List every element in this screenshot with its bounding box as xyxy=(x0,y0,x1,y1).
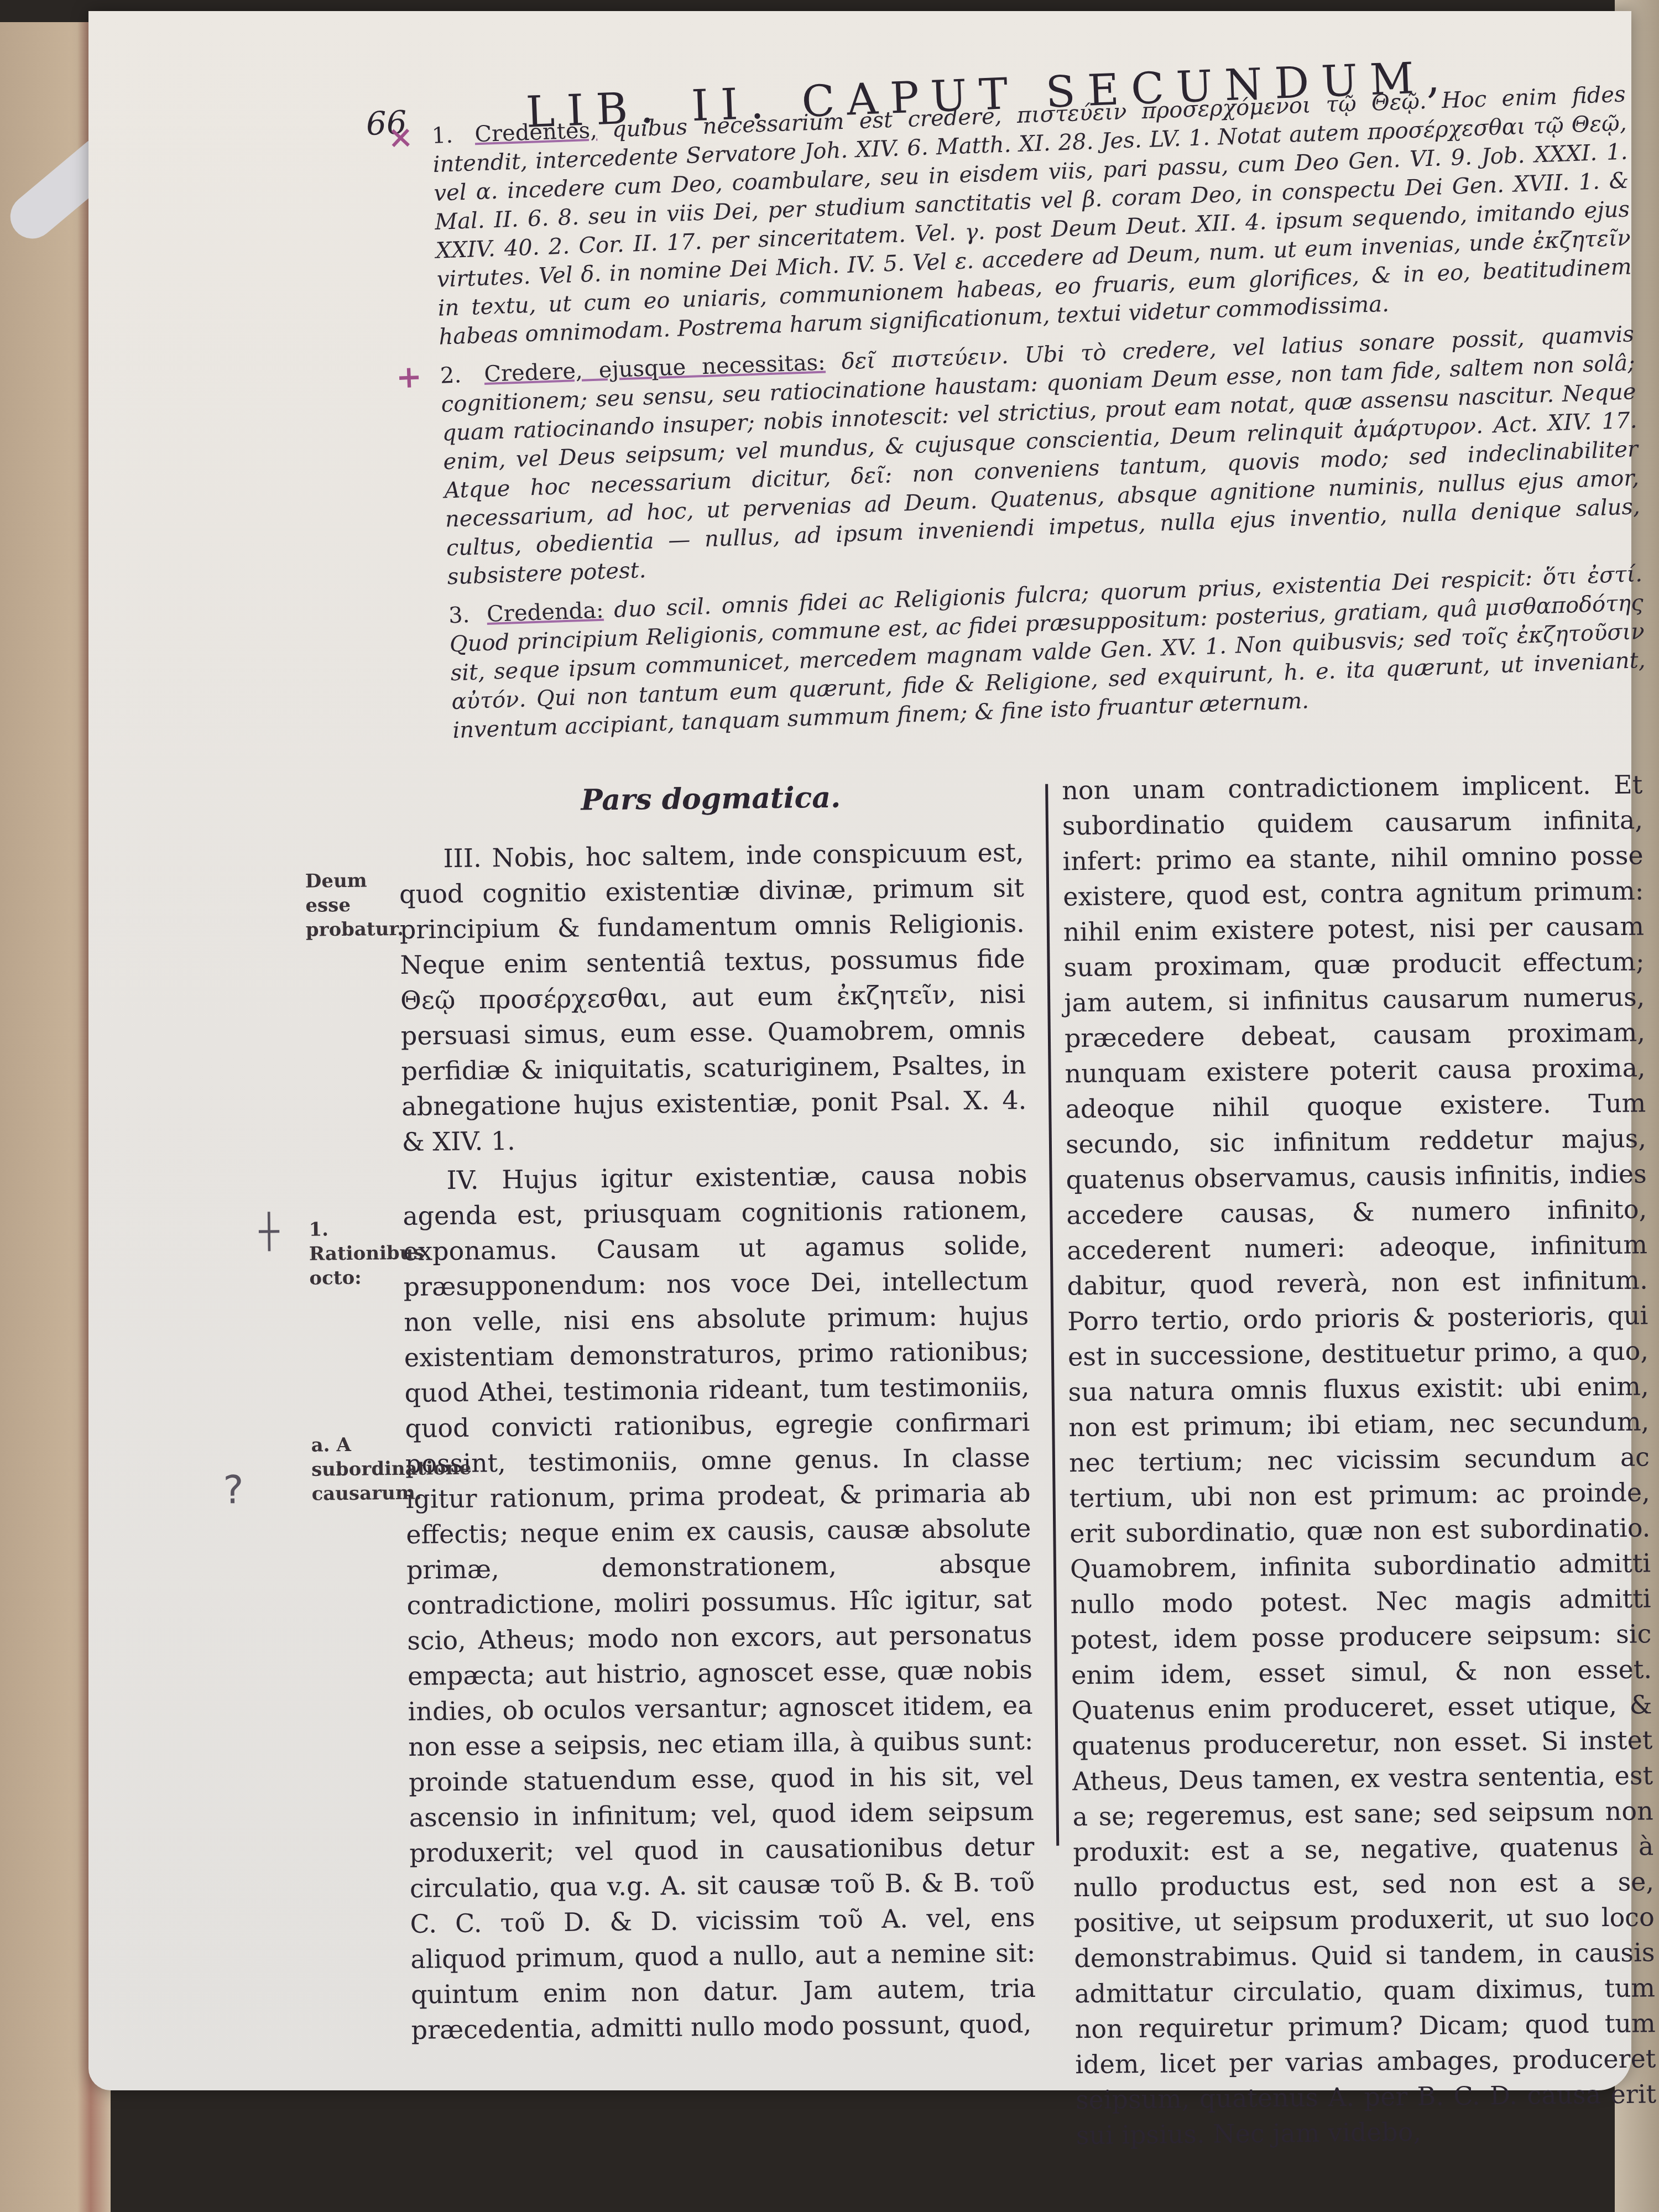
paragraph-IV: IV. Hujus igitur existentiæ, causa nobis… xyxy=(402,1156,1036,2048)
note-number: 2. xyxy=(440,362,462,388)
ink-cross-mark-icon: × xyxy=(387,122,414,152)
note-3: 3. Credenda: duo scil. omnis fidei ac Re… xyxy=(448,560,1647,745)
note-2: + 2. Credere, ejusque necessitas: δεῖ πι… xyxy=(440,320,1641,591)
note-number: 1. xyxy=(431,123,453,149)
paragraph-IV-continued: non unam contradictionem implicent. Et s… xyxy=(1062,766,1657,2153)
pencil-question-mark-icon: ? xyxy=(223,1467,244,1512)
note-number: 3. xyxy=(448,602,470,628)
pencil-cross-mark-icon: ┼ xyxy=(259,1212,279,1251)
note-text: quibus necessarium est credere, πιστεύει… xyxy=(432,82,1632,350)
section-title: Pars dogmatica. xyxy=(398,779,1024,819)
note-lemma: Credenda: xyxy=(486,598,604,627)
column-divider xyxy=(1045,784,1059,1846)
ink-plus-mark-icon: + xyxy=(395,362,422,392)
note-text: duo scil. omnis fidei ac Religionis fulc… xyxy=(449,561,1646,743)
margin-note-deum-esse: Deum esse probatur. xyxy=(305,868,389,942)
margin-note-rationibus: 1. Rationibus octo: xyxy=(309,1217,392,1291)
commentary-notes: × 1. Credentes, quibus necessarium est c… xyxy=(431,80,1647,755)
left-column: Pars dogmatica. Deum esse probatur. 1. R… xyxy=(398,773,1036,2051)
margin-note-subordinatione: a. A subordinatione causarum. xyxy=(311,1432,394,1506)
paragraph-III: III. Nobis, hoc saltem, inde conspicuum … xyxy=(399,834,1027,1160)
book-page: 66 LIB. II. CAPUT SECUNDUM, × 1. Credent… xyxy=(88,11,1631,2090)
right-column: non unam contradictionem implicent. Et s… xyxy=(1062,766,1657,2153)
two-column-body: Pars dogmatica. Deum esse probatur. 1. R… xyxy=(398,766,1653,1858)
note-1: × 1. Credentes, quibus necessarium est c… xyxy=(431,80,1633,352)
note-lemma: Credentes, xyxy=(474,118,598,148)
